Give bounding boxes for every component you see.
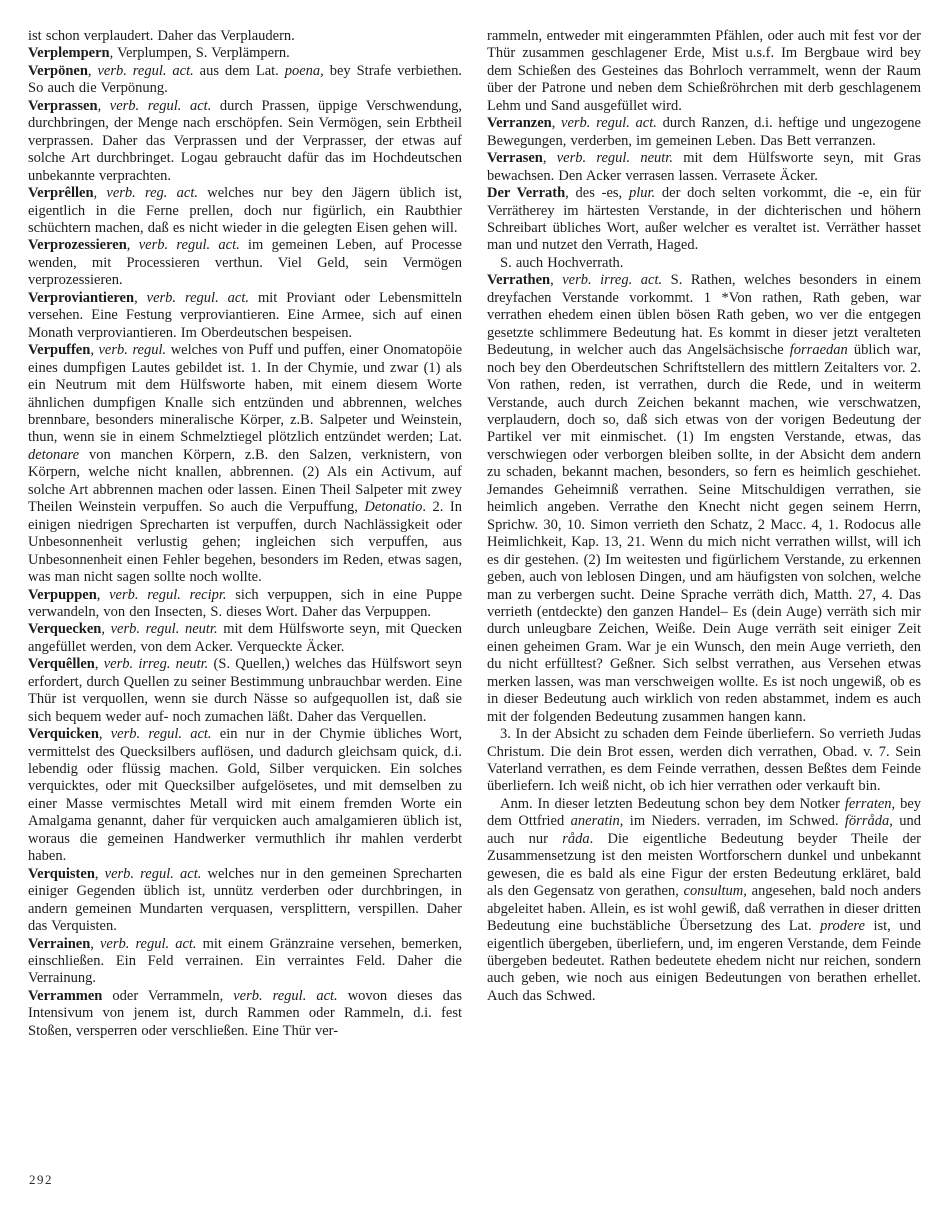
grammar-label: verb. regul. act. — [110, 98, 212, 114]
page-number: 292 — [29, 1172, 53, 1188]
headword: Verprêllen — [28, 185, 94, 201]
grammar-label: prodere — [820, 918, 865, 934]
body-text: , — [550, 272, 562, 288]
headword: Verpuffen — [28, 342, 90, 358]
body-text: ist schon verplaudert. Daher das Verplau… — [28, 28, 295, 44]
entry-verranzen: Verranzen, verb. regul. act. durch Ranze… — [487, 115, 921, 150]
headword: Verproviantieren — [28, 290, 134, 306]
entry-verprassen: Verprassen, verb. regul. act. durch Pras… — [28, 98, 462, 185]
entry-verproviantieren: Verproviantieren, verb. regul. act. mit … — [28, 290, 462, 342]
grammar-label: aneratin, — [571, 813, 624, 829]
body-text: im Nieders. verraden, im Schwed. — [623, 813, 845, 829]
entry-verquisten: Verquisten, verb. regul. act. welches nu… — [28, 866, 462, 936]
headword: Verquisten — [28, 866, 95, 882]
entry-verquicken: Verquicken, verb. regul. act. ein nur in… — [28, 726, 462, 866]
body-text: , — [99, 726, 111, 742]
grammar-label: plur. — [629, 185, 655, 201]
body-text: , — [101, 621, 110, 637]
body-text: rammeln, entweder mit eingerammten Pfähl… — [487, 28, 921, 114]
grammar-label: verb. regul. act. — [97, 63, 193, 79]
grammar-label: verb. regul. — [99, 342, 167, 358]
body-text: , — [127, 237, 139, 253]
grammar-label: verb. regul. act. — [233, 988, 337, 1004]
entry-verrasen: Verrasen, verb. regul. neutr. mit dem Hü… — [487, 150, 921, 185]
note-hochverrath: S. auch Hochverrath. — [487, 255, 921, 272]
grammar-label: Detonatio — [364, 499, 422, 515]
grammar-label: verb. regul. act. — [561, 115, 657, 131]
entry-verquecken: Verquecken, verb. regul. neutr. mit dem … — [28, 621, 462, 656]
grammar-label: poena, — [285, 63, 324, 79]
body-text: , des -es, — [565, 185, 629, 201]
body-text: , — [90, 342, 98, 358]
entry-verpuffen: Verpuffen, verb. regul. welches von Puff… — [28, 342, 462, 586]
body-text: Anm. In dieser letzten Bedeutung schon b… — [500, 796, 845, 812]
dictionary-page: ist schon verplaudert. Daher das Verplau… — [0, 0, 935, 1210]
verrathen-anmerkung: Anm. In dieser letzten Bedeutung schon b… — [487, 796, 921, 1005]
body-text: , — [95, 656, 104, 672]
grammar-label: detonare — [28, 447, 79, 463]
body-text: oder Verrammeln, — [102, 988, 233, 1004]
continuation-verplaudern: ist schon verplaudert. Daher das Verplau… — [28, 28, 462, 45]
grammar-label: förråda, — [845, 813, 893, 829]
headword: Verranzen — [487, 115, 552, 131]
grammar-label: ferraten, — [845, 796, 895, 812]
body-text: 3. In der Absicht zu schaden dem Feinde … — [487, 726, 921, 794]
body-text: , — [95, 866, 105, 882]
entry-verprellen: Verprêllen, verb. reg. act. welches nur … — [28, 185, 462, 237]
grammar-label: verb. regul. recipr. — [109, 587, 226, 603]
headword: Verquêllen — [28, 656, 95, 672]
body-text: , — [552, 115, 561, 131]
grammar-label: verb. regul. neutr. — [111, 621, 218, 637]
body-text: aus dem Lat. — [194, 63, 285, 79]
body-text: , Verplumpen, S. Verplämpern. — [110, 45, 290, 61]
grammar-label: verb. irreg. act. — [562, 272, 662, 288]
grammar-label: verb. regul. neutr. — [557, 150, 673, 166]
left-column: ist schon verplaudert. Daher das Verplau… — [28, 28, 462, 1040]
headword: Der Verrath — [487, 185, 565, 201]
body-text: , — [90, 936, 100, 952]
entry-verpoenen: Verpönen, verb. regul. act. aus dem Lat.… — [28, 63, 462, 98]
entry-verquellen: Verquêllen, verb. irreg. neutr. (S. Quel… — [28, 656, 462, 726]
grammar-label: verb. regul. act. — [147, 290, 249, 306]
continuation-verrammeln: rammeln, entweder mit eingerammten Pfähl… — [487, 28, 921, 115]
headword: Verpönen — [28, 63, 88, 79]
headword: Verquecken — [28, 621, 101, 637]
grammar-label: verb. regul. act. — [100, 936, 197, 952]
grammar-label: verb. regul. act. — [111, 726, 212, 742]
body-text: , — [543, 150, 557, 166]
entry-verrainen: Verrainen, verb. regul. act. mit einem G… — [28, 936, 462, 988]
grammar-label: consultum, — [684, 883, 747, 899]
headword: Verprassen — [28, 98, 98, 114]
body-text: , — [94, 185, 107, 201]
entry-verplempern: Verplempern, Verplumpen, S. Verplämpern. — [28, 45, 462, 62]
body-text: , — [97, 587, 109, 603]
grammar-label: forraedan — [790, 342, 848, 358]
grammar-label: verb. regul. act. — [105, 866, 202, 882]
body-text: , — [98, 98, 110, 114]
headword: Verprozessieren — [28, 237, 127, 253]
body-text: , — [134, 290, 147, 306]
entry-verrathen: Verrathen, verb. irreg. act. S. Rathen, … — [487, 272, 921, 726]
entry-verprozessieren: Verprozessieren, verb. regul. act. im ge… — [28, 237, 462, 289]
headword: Verplempern — [28, 45, 110, 61]
grammar-label: verb. reg. act. — [106, 185, 198, 201]
entry-verpuppen: Verpuppen, verb. regul. recipr. sich ver… — [28, 587, 462, 622]
entry-der-verrath: Der Verrath, des -es, plur. der doch sel… — [487, 185, 921, 255]
body-text: üblich war, noch bey den Oberdeutschen S… — [487, 342, 921, 725]
headword: Verrainen — [28, 936, 90, 952]
headword: Verrathen — [487, 272, 550, 288]
body-text: S. auch Hochverrath. — [500, 255, 623, 271]
headword: Verquicken — [28, 726, 99, 742]
verrathen-sense-3: 3. In der Absicht zu schaden dem Feinde … — [487, 726, 921, 796]
headword: Verpuppen — [28, 587, 97, 603]
headword: Verrammen — [28, 988, 102, 1004]
entry-verrammen: Verrammen oder Verrammeln, verb. regul. … — [28, 988, 462, 1040]
body-text: ein nur in der Chymie übliches Wort, ver… — [28, 726, 462, 864]
grammar-label: råda — [562, 831, 589, 847]
grammar-label: verb. irreg. neutr. — [104, 656, 209, 672]
grammar-label: verb. regul. act. — [139, 237, 240, 253]
right-column: rammeln, entweder mit eingerammten Pfähl… — [487, 28, 921, 1005]
headword: Verrasen — [487, 150, 543, 166]
